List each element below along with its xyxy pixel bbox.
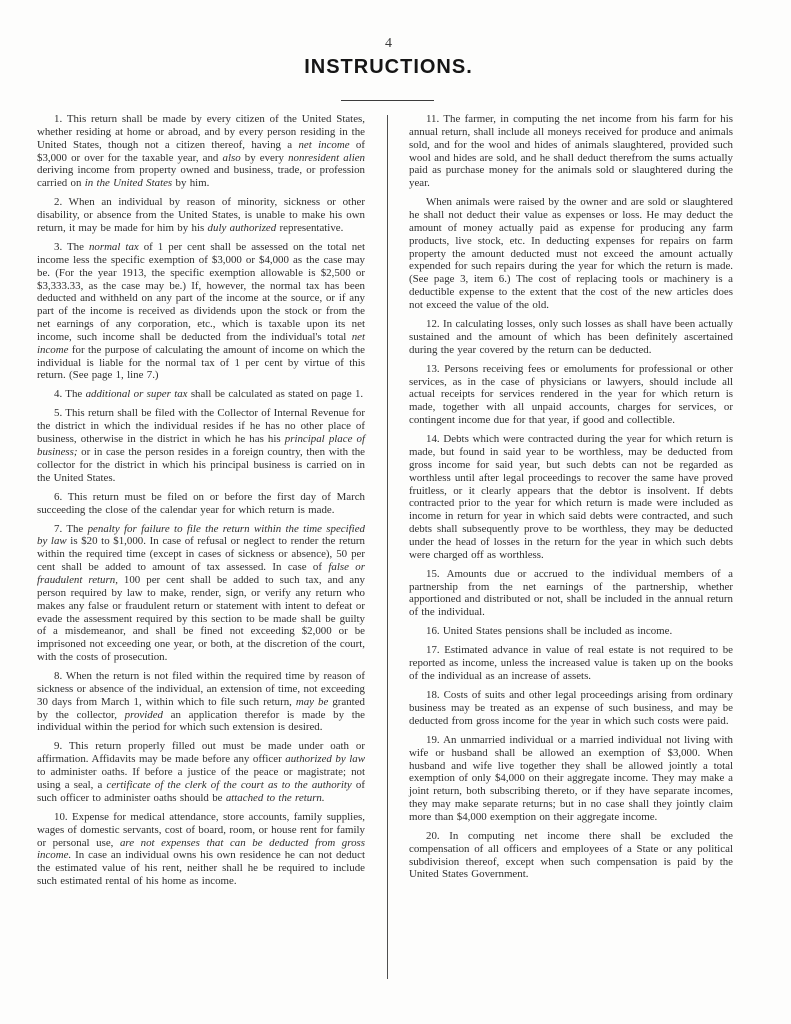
page-number: 4: [0, 36, 777, 52]
instruction-9: 9. This return properly filled out must …: [37, 740, 365, 804]
instruction-8: 8. When the return is not filed within t…: [37, 670, 365, 734]
title-rule: [341, 100, 434, 101]
instruction-15: 15. Amounts due or accrued to the indivi…: [409, 568, 733, 619]
instruction-19: 19. An unmarried individual or a married…: [409, 734, 733, 824]
page-title: INSTRUCTIONS.: [0, 56, 777, 79]
instruction-12: 12. In calculating losses, only such los…: [409, 318, 733, 357]
instruction-11-continued: When animals were raised by the owner an…: [409, 196, 733, 312]
instruction-13: 13. Persons receiving fees or emoluments…: [409, 363, 733, 427]
instruction-columns: 1. This return shall be made by every ci…: [37, 113, 733, 979]
instruction-11: 11. The farmer, in computing the net inc…: [409, 113, 733, 190]
instruction-14: 14. Debts which were contracted during t…: [409, 433, 733, 561]
instruction-3: 3. The normal tax of 1 per cent shall be…: [37, 241, 365, 382]
instruction-4: 4. The additional or super tax shall be …: [37, 388, 365, 401]
instruction-16: 16. United States pensions shall be incl…: [409, 625, 733, 638]
instruction-6: 6. This return must be filed on or befor…: [37, 491, 365, 517]
right-column: 11. The farmer, in computing the net inc…: [409, 113, 733, 881]
instruction-5: 5. This return shall be filed with the C…: [37, 407, 365, 484]
instruction-18: 18. Costs of suits and other legal proce…: [409, 689, 733, 728]
instruction-10: 10. Expense for medical attendance, stor…: [37, 811, 365, 888]
instruction-2: 2. When an individual by reason of minor…: [37, 196, 365, 235]
instructions-page: 4 INSTRUCTIONS. 1. This return shall be …: [0, 0, 791, 1024]
instruction-7: 7. The penalty for failure to file the r…: [37, 523, 365, 664]
column-divider-rule: [387, 115, 388, 979]
instruction-1: 1. This return shall be made by every ci…: [37, 113, 365, 190]
instruction-20: 20. In computing net income there shall …: [409, 830, 733, 881]
left-column: 1. This return shall be made by every ci…: [37, 113, 365, 888]
instruction-17: 17. Estimated advance in value of real e…: [409, 644, 733, 683]
